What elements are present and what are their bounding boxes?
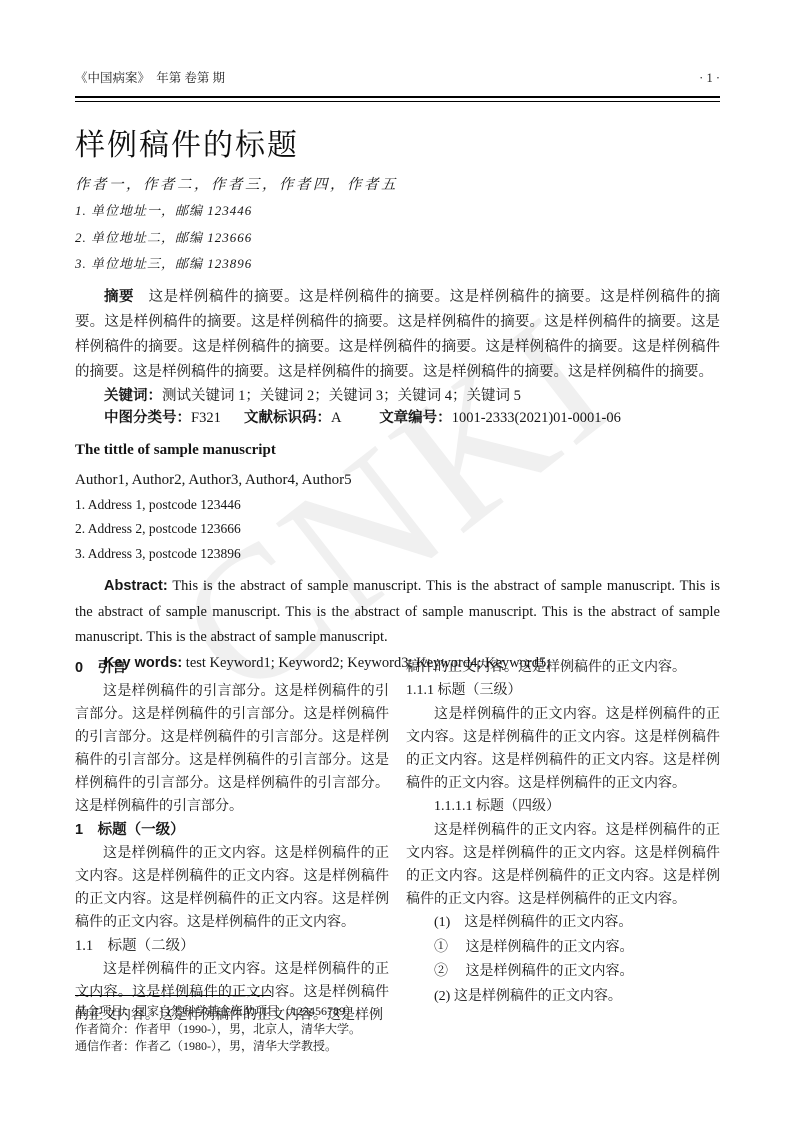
section-heading-level2: 1.1 标题（二级） — [75, 934, 389, 958]
abstract-en-text: This is the abstract of sample manuscrip… — [75, 578, 720, 645]
list-item: (1) 这是样例稿件的正文内容。 — [406, 911, 720, 936]
doc-code-value: A — [331, 410, 341, 426]
top-matter: 《中国病案》 年第 卷第 期 · 1 · 样例稿件的标题 作者一，作者二，作者三… — [75, 70, 720, 675]
body-paragraph: 这是样例稿件的正文内容。这是样例稿件的正文内容。这是样例稿件的正文内容。这是样例… — [406, 819, 720, 911]
abstract-cn-text: 这是样例稿件的摘要。这是样例稿件的摘要。这是样例稿件的摘要。这是样例稿件的摘要。… — [75, 289, 720, 380]
affiliation-cn-3: 3. 单位地址三，邮编 123896 — [75, 253, 720, 275]
header-rule — [75, 96, 720, 102]
doc-code-label: 文献标识码： — [244, 410, 331, 426]
list-item: ① 这是样例稿件的正文内容。 — [406, 936, 720, 961]
keywords-cn-text: 测试关键词 1；关键词 2；关键词 3；关键词 4；关键词 5 — [162, 388, 521, 404]
manuscript-page: CNKI 《中国病案》 年第 卷第 期 · 1 · 样例稿件的标题 作者一，作者… — [0, 0, 794, 1123]
article-id-label: 文章编号： — [379, 410, 452, 426]
journal-name: 《中国病案》 年第 卷第 期 — [75, 70, 225, 86]
footnote-block: 基金项目：国家自然科学基金资助项目（123456789） 作者简介：作者甲（19… — [75, 995, 410, 1056]
keywords-cn: 关键词：测试关键词 1；关键词 2；关键词 3；关键词 4；关键词 5 — [75, 385, 720, 407]
affiliation-en-1: 1. Address 1, postcode 123446 — [75, 495, 720, 516]
abstract-en: Abstract: This is the abstract of sample… — [75, 574, 720, 651]
section-heading-level1: 1 标题（一级） — [75, 818, 389, 842]
body-columns: 0 引言 这是样例稿件的引言部分。这是样例稿件的引言部分。这是样例稿件的引言部分… — [75, 656, 720, 1027]
article-title-cn: 样例稿件的标题 — [75, 126, 720, 166]
list-item: ② 这是样例稿件的正文内容。 — [406, 960, 720, 985]
body-paragraph: 这是样例稿件的正文内容。这是样例稿件的正文内容。这是样例稿件的正文内容。这是样例… — [406, 703, 720, 795]
affiliation-en-3: 3. Address 3, postcode 123896 — [75, 544, 720, 565]
right-column: 稿件的正文内容。这是样例稿件的正文内容。 1.1.1 标题（三级） 这是样例稿件… — [406, 656, 720, 1027]
body-paragraph-continuation: 稿件的正文内容。这是样例稿件的正文内容。 — [406, 656, 720, 679]
footnote-corresponding-author: 通信作者：作者乙（1980-），男，清华大学教授。 — [75, 1038, 410, 1056]
keywords-cn-label: 关键词： — [104, 388, 162, 404]
clc-line: 中图分类号：F321文献标识码：A文章编号：1001-2333(2021)01-… — [75, 407, 720, 429]
intro-paragraph: 这是样例稿件的引言部分。这是样例稿件的引言部分。这是样例稿件的引言部分。这是样例… — [75, 680, 389, 818]
clc-label: 中图分类号： — [104, 410, 191, 426]
affiliation-cn-1: 1. 单位地址一，邮编 123446 — [75, 200, 720, 222]
section-heading-level4: 1.1.1.1 标题（四级） — [406, 795, 720, 819]
footnote-rule — [75, 995, 271, 996]
list-item: (2) 这是样例稿件的正文内容。 — [406, 985, 720, 1010]
footnote-author-bio: 作者简介：作者甲（1990-），男，北京人，清华大学。 — [75, 1021, 410, 1039]
authors-cn: 作者一，作者二，作者三，作者四，作者五 — [75, 175, 720, 195]
body-paragraph: 这是样例稿件的正文内容。这是样例稿件的正文内容。这是样例稿件的正文内容。这是样例… — [75, 842, 389, 934]
page-header: 《中国病案》 年第 卷第 期 · 1 · — [75, 70, 720, 86]
article-title-en: The tittle of sample manuscript — [75, 439, 720, 461]
abstract-cn-label: 摘要 — [104, 289, 134, 305]
authors-en: Author1, Author2, Author3, Author4, Auth… — [75, 469, 720, 491]
section-heading-level3: 1.1.1 标题（三级） — [406, 679, 720, 703]
clc-value: F321 — [191, 410, 221, 426]
footnote-fund: 基金项目：国家自然科学基金资助项目（123456789） — [75, 1003, 410, 1021]
abstract-en-label: Abstract: — [104, 578, 168, 594]
affiliation-cn-2: 2. 单位地址二，邮编 123666 — [75, 227, 720, 249]
section-heading-intro: 0 引言 — [75, 656, 389, 680]
affiliation-en-2: 2. Address 2, postcode 123666 — [75, 519, 720, 540]
article-id-value: 1001-2333(2021)01-0001-06 — [452, 410, 621, 426]
left-column: 0 引言 这是样例稿件的引言部分。这是样例稿件的引言部分。这是样例稿件的引言部分… — [75, 656, 389, 1027]
page-number: · 1 · — [699, 70, 720, 86]
abstract-cn: 摘要这是样例稿件的摘要。这是样例稿件的摘要。这是样例稿件的摘要。这是样例稿件的摘… — [75, 285, 720, 385]
